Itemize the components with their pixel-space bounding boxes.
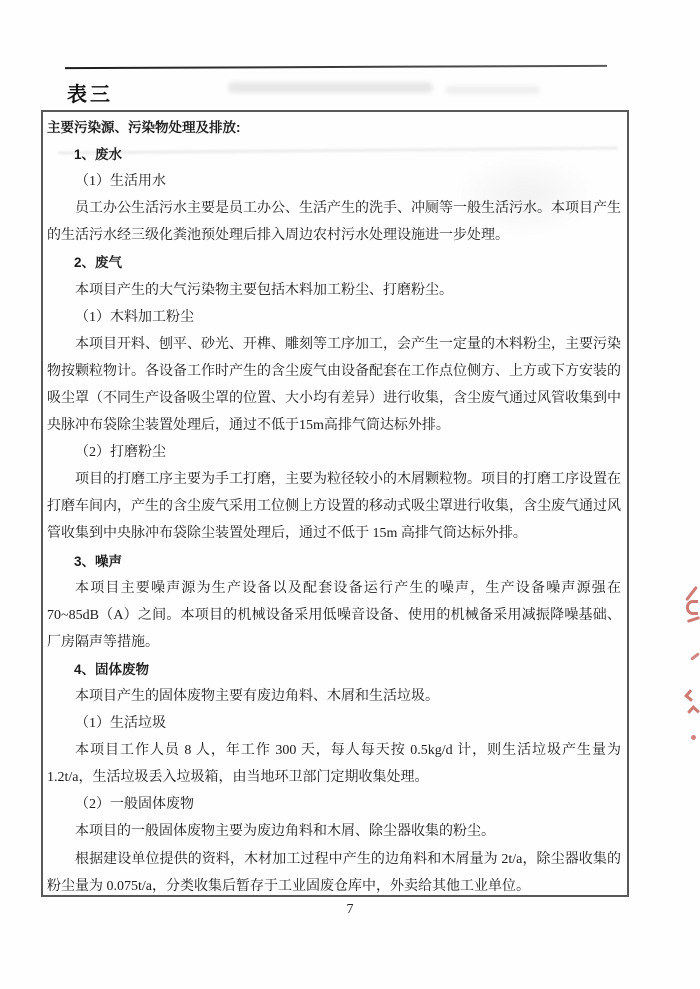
red-stamp-fragment (687, 705, 700, 718)
para-air-pollutants: 本项目产生的大气污染物主要包括木料加工粉尘、打磨粉尘。 (47, 277, 621, 304)
header-rule (65, 65, 607, 69)
heading-waste-gas: 2、废气 (47, 249, 621, 276)
red-stamp-fragment (690, 652, 700, 661)
para-domestic-sewage: 员工办公生活污水主要是员工办公、生活产生的洗手、冲厕等一般生活污水。本项目产生的… (47, 195, 621, 249)
bleed-through-smudge (445, 86, 540, 94)
page-number: 7 (0, 902, 700, 918)
bleed-through-smudge (228, 82, 433, 93)
sub-domestic-garbage: （1）生活垃圾 (47, 710, 621, 737)
para-wood-dust-treatment: 本项目开料、刨平、砂光、开榫、雕刻等工序加工，会产生一定量的木料粉尘，主要污染物… (47, 331, 621, 439)
sub-wood-processing-dust: （1）木料加工粉尘 (47, 304, 621, 331)
heading-wastewater: 1、废水 (47, 141, 621, 168)
para-domestic-garbage: 本项目工作人员 8 人，年工作 300 天，每人每天按 0.5kg/d 计，则生… (47, 737, 621, 791)
page-title: 表三 (67, 78, 113, 107)
red-stamp-fragment (685, 586, 698, 601)
red-stamp-fragment (691, 735, 696, 740)
para-waste-quantities: 根据建设单位提供的资料，木材加工过程中产生的边角料和木屑量为 2t/a，除尘器收… (47, 846, 621, 897)
sub-domestic-water: （1）生活用水 (47, 168, 621, 195)
box-heading: 主要污染源、污染物处理及排放: (47, 114, 621, 141)
sub-general-solid-waste: （2）一般固体废物 (47, 791, 621, 818)
red-stamp-fragment (684, 689, 697, 702)
para-sanding-dust-treatment: 项目的打磨工序主要为手工打磨，主要为粒径较小的木屑颗粒物。项目的打磨工序设置在打… (47, 466, 621, 547)
content-box: 主要污染源、污染物处理及排放: 1、废水 （1）生活用水 员工办公生活污水主要是… (41, 110, 629, 897)
red-stamp-fragment (686, 600, 698, 615)
red-stamp-fragment (687, 616, 700, 623)
heading-solid-waste: 4、固体废物 (47, 656, 621, 683)
heading-noise: 3、噪声 (47, 548, 621, 575)
scanned-document-page: 表三 主要污染源、污染物处理及排放: 1、废水 （1）生活用水 员工办公生活污水… (0, 0, 700, 989)
para-noise-description: 本项目主要噪声源为生产设备以及配套设备运行产生的噪声，生产设备噪声源强在 70~… (47, 575, 621, 656)
para-solid-waste-types: 本项目产生的固体废物主要有废边角料、木屑和生活垃圾。 (47, 683, 621, 710)
para-general-solid-waste: 本项目的一般固体废物主要为废边角料和木屑、除尘器收集的粉尘。 (47, 818, 621, 845)
sub-sanding-dust: （2）打磨粉尘 (47, 439, 621, 466)
